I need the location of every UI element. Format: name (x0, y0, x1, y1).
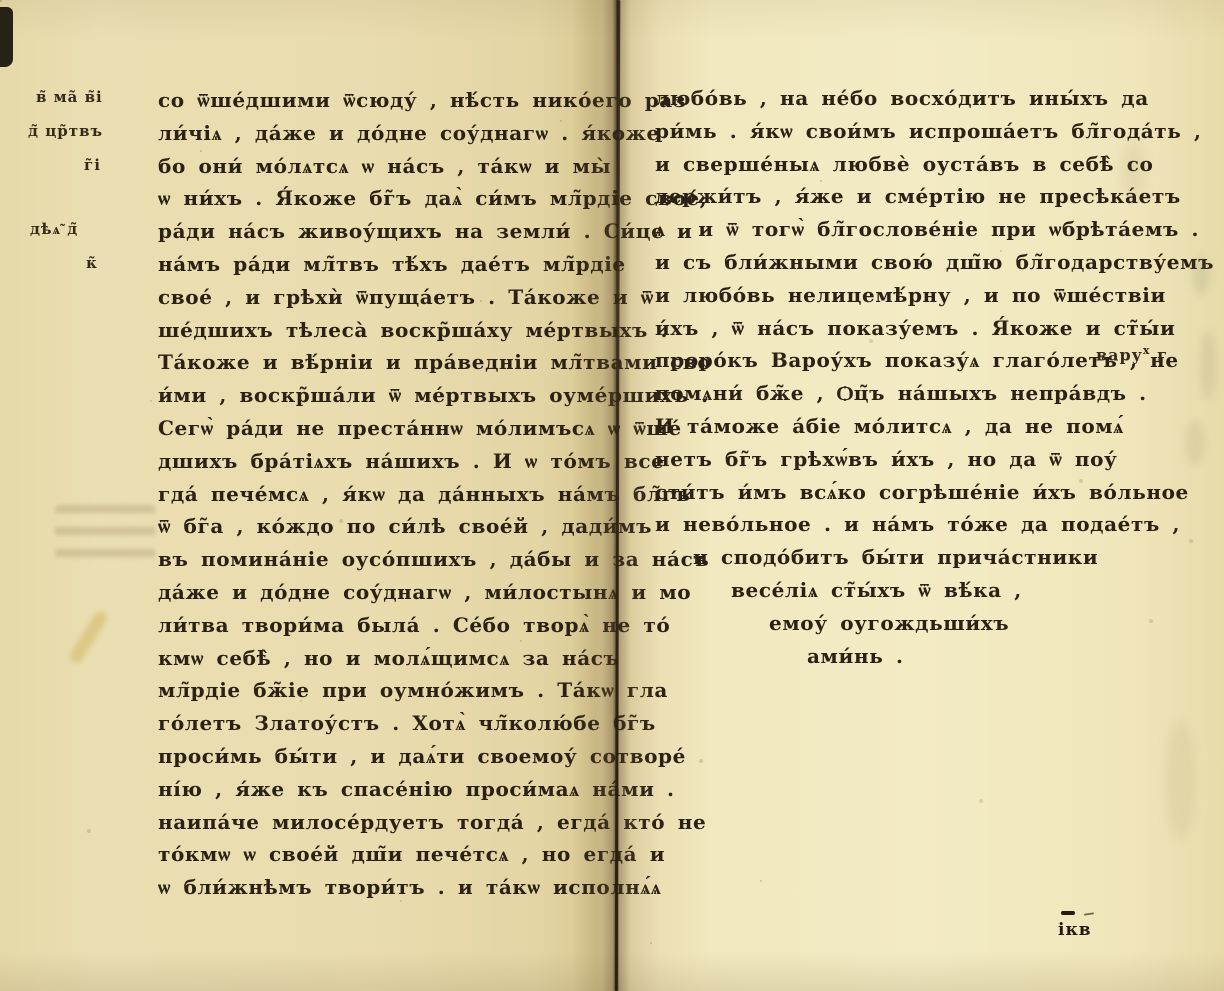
margin-note-superscript: х (1143, 344, 1151, 357)
text-line: и любо́вь нелицемѣ́рну , и по ѿше́ствіи (655, 279, 1103, 312)
titlo-mark (1084, 912, 1094, 915)
text-line: любо́вь , на не́бо восхо́дитъ ины́хъ да (655, 82, 1103, 115)
bleed-through-ghost (55, 505, 155, 563)
margin-note-reference: д̃ цр̃твъ (28, 122, 103, 140)
text-line: сти́тъ и́мъ всѧ́ко согрѣше́ніе и́хъ во́л… (655, 476, 1103, 509)
text-line: ли́тва твори́ма была́ . Се́бо творѧ̀ не … (158, 609, 590, 642)
text-line: ами́нь . (655, 640, 1103, 673)
text-line: го́летъ Златоу́стъ . Хотѧ̀ чл̃колю́бе бг… (158, 707, 590, 740)
text-line: и сверше́ныѧ любвѐ оуста́въ в себѣ̀ со (655, 148, 1103, 181)
text-line: да́же и до́дне соу́днагѡ , ми́лостынѧ и … (158, 576, 590, 609)
bleed-through-spot (1200, 330, 1216, 400)
margin-note-reference: варух г (1096, 344, 1168, 364)
bleed-through-spot (1192, 255, 1210, 295)
text-line: ше́дшихъ тѣлеса̀ воскр̃ша́ху ме́ртвыхъ . (158, 314, 590, 347)
text-line: ѡ ни́хъ . Я́коже бг̃ъ даѧ̀ си́мъ мл̃рдіе… (158, 182, 590, 215)
text-line: наипа́че милосе́рдуетъ тогда́ , егда́ кт… (158, 806, 590, 839)
book-spread: в̃ ма̃ в̃і д̃ цр̃твъ г̃і дѣѧ̃ д̃ к̃ со ѿ… (0, 0, 1224, 991)
paper-speckles (0, 0, 2, 2)
text-line: нетъ бг̃ъ грѣхѡ́въ и́хъ , но да ѿ поу́ (655, 443, 1103, 476)
text-line: ѿ бг̃а , ко́ждо по си́лѣ свое́й , дади́м… (158, 510, 590, 543)
text-line: со ѿше́дшими ѿсюду́ , нѣ́сть нико́его ра… (158, 84, 590, 117)
text-line: и́хъ , ѿ на́съ показу́емъ . Я́коже и ст̃… (655, 312, 1103, 345)
paper-stain (68, 609, 110, 665)
margin-note-chapter: г (1157, 345, 1168, 364)
margin-note-book: вару (1096, 345, 1143, 364)
text-line: держи́тъ , я́же и сме́ртію не пресѣка́ет… (655, 180, 1103, 213)
folio-signature: ікв (1058, 920, 1092, 940)
text-line: помѧни́ бж̃е , Ѻц̃ъ на́шыхъ непра́вдъ . (655, 377, 1103, 410)
text-line: И та́може а́біе мо́литсѧ , да не помѧ́ (655, 410, 1103, 443)
titlo-mark (1061, 911, 1075, 915)
left-page: в̃ ма̃ в̃і д̃ цр̃твъ г̃і дѣѧ̃ д̃ к̃ со ѿ… (0, 0, 612, 991)
text-line: мл̃рдіе бж̃іе при оумно́жимъ . Та́кѡ гла (158, 674, 590, 707)
text-line: и сподо́битъ бы́ти прича́стники (655, 541, 1103, 574)
text-line: и нево́льное . и на́мъ то́же да подае́тъ… (655, 508, 1103, 541)
left-page-text-block: со ѿше́дшими ѿсюду́ , нѣ́сть нико́его ра… (158, 84, 590, 904)
text-line: то́кмѡ ѡ свое́й дш̃и пече́тсѧ , но егда́… (158, 838, 590, 871)
margin-note-reference: к̃ (86, 254, 98, 272)
text-line: ри́мь . я́кѡ свои́мъ испроша́етъ бл̃года… (655, 115, 1103, 148)
text-line: весе́ліѧ ст̃ы́хъ ѿ вѣ́ка , (655, 574, 1103, 607)
text-line: кмѡ себѣ̀ , но и молѧ́щимсѧ за на́съ (158, 642, 590, 675)
bleed-through-spot (1165, 720, 1195, 840)
text-line: на́мъ ра́ди мл̃твъ тѣ́хъ дае́тъ мл̃рдіе (158, 248, 590, 281)
folio-signature-text: ікв (1058, 920, 1092, 940)
text-line: ѧ . и ѿ тогѡ̀ бл̃гослове́ніе при ѡбрѣта́… (655, 213, 1103, 246)
bleed-through-spot (1185, 420, 1205, 466)
text-line: проси́мь бы́ти , и даѧ́ти своемоу́ сотво… (158, 740, 590, 773)
text-line: ѡ бли́жнѣмъ твори́тъ . и та́кѡ исполнѧ́ѧ (158, 871, 590, 904)
margin-note-reference: дѣѧ̃ д̃ (30, 220, 78, 239)
text-line: гда́ пече́мсѧ , я́кѡ да да́нныхъ на́мъ б… (158, 478, 590, 511)
text-line: Сегѡ̀ ра́ди не преста́ннѡ мо́лимъсѧ ѡ ѿш… (158, 412, 590, 445)
text-line: емоу́ оугождьши́хъ (655, 607, 1103, 640)
scan-corner-notch (0, 7, 13, 67)
bleed-through-spot (1120, 140, 1146, 200)
right-page-text-block: любо́вь , на не́бо восхо́дитъ ины́хъ дар… (655, 82, 1103, 672)
text-line: проро́къ Вароу́хъ показу́ѧ глаго́летъ , … (655, 344, 1103, 377)
text-line: Та́коже и вѣ́рніи и пра́ведніи мл̃твами … (158, 346, 590, 379)
text-line: въ помина́ніе оусо́пшихъ , да́бы и за на… (158, 543, 590, 576)
text-line: ра́ди на́съ живоу́щихъ на земли́ . Си́це… (158, 215, 590, 248)
text-line: и съ бли́жными свою́ дш̃ю бл̃годарству́е… (655, 246, 1103, 279)
text-line: ли́чіѧ , да́же и до́дне соу́днагѡ . я́ко… (158, 117, 590, 150)
margin-note-reference: в̃ ма̃ в̃і (36, 88, 103, 106)
text-line: и́ми , воскр̃ша́ли ѿ ме́ртвыхъ оуме́рших… (158, 379, 590, 412)
margin-note-reference: г̃і (84, 156, 101, 174)
text-line: свое́ , и грѣхѝ ѿпуща́етъ . Та́коже и ѿ (158, 281, 590, 314)
text-line: дшихъ бра́тіѧхъ на́шихъ . И ѡ то́мъ все (158, 445, 590, 478)
text-line: бо они́ мо́лѧтсѧ ѡ на́съ , та́кѡ и мы̀ (158, 150, 590, 183)
text-line: ні́ю , я́же къ спасе́нію проси́маѧ на́ми… (158, 773, 590, 806)
